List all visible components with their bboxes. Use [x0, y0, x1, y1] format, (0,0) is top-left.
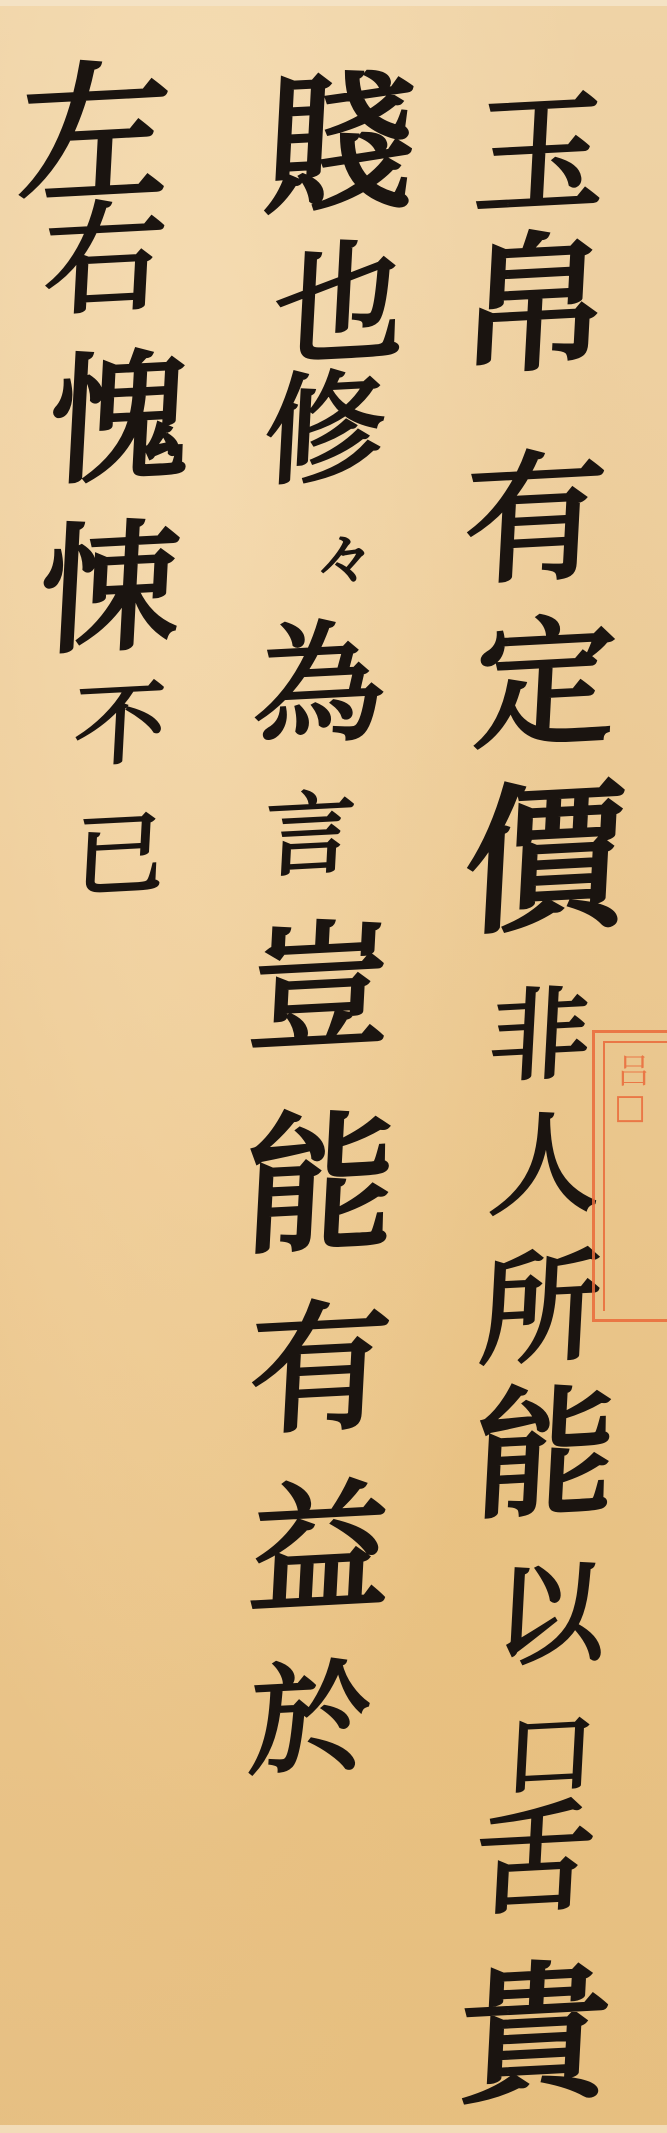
paper-bottom-edge [0, 2125, 667, 2133]
paper-top-edge [0, 0, 667, 6]
calligraphy-char-middle: 能 [241, 1106, 400, 1264]
calligraphy-char-right: 人 [487, 1107, 603, 1223]
calligraphy-char-middle: 々 [313, 528, 376, 591]
calligraphy-char-right: 玉 [471, 87, 608, 224]
calligraphy-char-left: 悚 [36, 516, 184, 663]
calligraphy-char-right: 有 [461, 446, 609, 593]
calligraphy-char-middle: 為 [251, 617, 388, 754]
calligraphy-char-left: 已 [72, 808, 167, 903]
calligraphy-char-left: 不 [72, 678, 167, 773]
red-collector-seal: 吕□ [592, 1030, 667, 1322]
calligraphy-char-middle: 修 [262, 367, 389, 493]
calligraphy-char-right: 以 [492, 1557, 608, 1673]
calligraphy-char-right: 定 [471, 611, 619, 758]
calligraphy-char-right: 所 [477, 1247, 604, 1373]
calligraphy-char-left: 愧 [46, 346, 194, 493]
calligraphy-char-right: 貴 [456, 1956, 615, 2114]
calligraphy-char-middle: 也 [271, 237, 408, 374]
calligraphy-char-right: 帛 [456, 226, 615, 384]
calligraphy-char-right: 非 [487, 982, 593, 1087]
calligraphy-char-right: 價 [460, 776, 629, 944]
calligraphy-char-left: 右 [42, 197, 169, 323]
calligraphy-char-middle: 有 [246, 1296, 394, 1443]
calligraphy-char-middle: 言 [262, 788, 357, 883]
calligraphy-char-middle: 於 [247, 1657, 374, 1783]
calligraphy-char-middle: 益 [246, 1476, 394, 1623]
calligraphy-char-middle: 豈 [246, 916, 394, 1063]
calligraphy-char-middle: 賤 [261, 66, 420, 224]
calligraphy-char-right: 舌 [472, 1797, 599, 1923]
seal-text: 吕□ [609, 1053, 649, 1127]
calligraphy-char-right: 能 [471, 1381, 619, 1528]
